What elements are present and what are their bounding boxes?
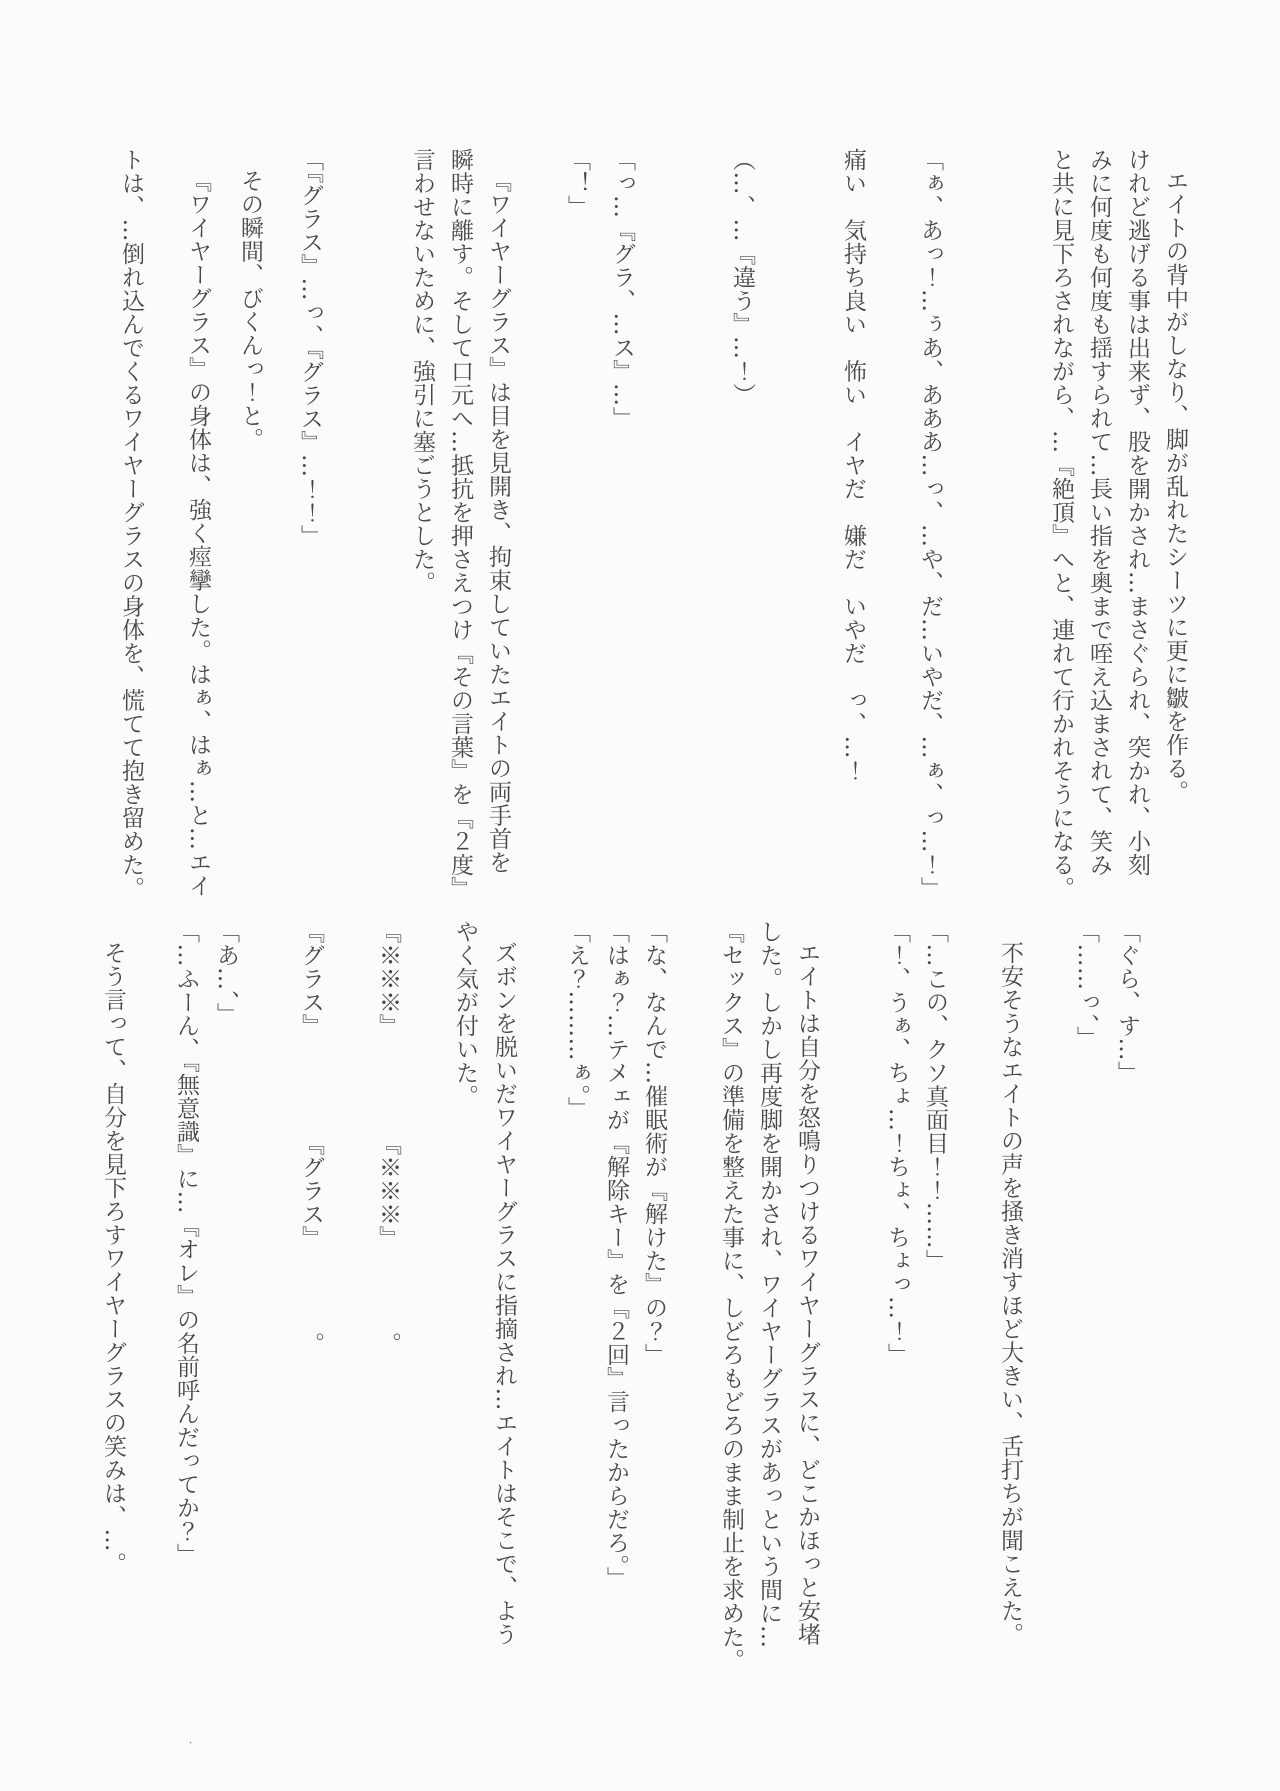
dialogue-column: 「……っ、」 [1067, 920, 1105, 1695]
dialogue-column: 「な、なんで…催眠術が『解けた』の？」 [635, 920, 673, 1695]
dialogue-column: 「はぁ？…テメェが『解除キー』を『２回』言ったからだろ。」 [597, 920, 635, 1695]
narration-column: エイトの背中がしなり、脚が乱れたシーツに更に皺を作る。 [1156, 148, 1194, 944]
scan-artifact-dot: ・ [186, 1736, 195, 1749]
text-band-bottom: 「ぐら、す…」 「……っ、」 不安そうなエイトの声を掻き消すほど大きい、舌打ちが… [94, 920, 1146, 1695]
dialogue-column: 「っ…『グラ、…ス』…」 [603, 148, 641, 923]
dialogue-column: 「！、うぁ、ちょ…！ちょ、ちょっ…！」 [878, 920, 916, 1695]
narration-column: 『ワイヤーグラス』は目を見開き、拘束していたエイトの両手首を [479, 148, 517, 944]
chant-column: 『グラス』 『グラス』 。 [292, 920, 330, 1695]
narration-column: そう言って、自分を見下ろすワイヤーグラスの笑みは、…。 [94, 920, 132, 1716]
text-band-top: エイトの背中がしなり、脚が乱れたシーツに更に皺を作る。 けれど逃げる事は出来ず、… [112, 148, 1194, 923]
narration-column: けれど逃げる事は出来ず、股を開かされ…まさぐられ、突かれ、小刻 [1118, 148, 1156, 923]
dialogue-column: 「！」 [558, 148, 596, 923]
narration-column: やく気が付いた。 [446, 920, 484, 1695]
narration-column: みに何度も何度も揺すられて…長い指を奥まで咥え込まされて、笑み [1080, 148, 1118, 923]
narration-column: 瞬時に離す。そして口元へ…抵抗を押さえつけ『その言葉』を『２度』 [441, 148, 479, 923]
narration-column: 『ワイヤーグラス』の身体は、強く痙攣した。はぁ、はぁ…と…エイ [179, 148, 217, 944]
dialogue-column: 「ぐら、す…」 [1108, 920, 1146, 1695]
narration-column: その瞬間、びくんっ！と。 [231, 148, 269, 944]
narration-column: 『セックス』の準備を整えた事に、しどろもどろのまま制止を求めた。 [712, 920, 750, 1695]
narration-column: 言わせないために、強引に塞ごうとした。 [403, 148, 441, 923]
narration-column: トは、…倒れ込んでくるワイヤーグラスの身体を、慌てて抱き留めた。 [112, 148, 150, 923]
narration-column: エイトは自分を怒鳴りつけるワイヤーグラスに、どこかほっと安堵 [788, 920, 826, 1716]
novel-page: エイトの背中がしなり、脚が乱れたシーツに更に皺を作る。 けれど逃げる事は出来ず、… [0, 0, 1280, 1791]
narration-column: と共に見下ろされながら、…『絶頂』へと、連れて行かれそうになる。 [1042, 148, 1080, 923]
dialogue-column: 「…ふーん、『無意識』に…『オレ』の名前呼んだってか？」 [167, 920, 205, 1695]
dialogue-column: 「え？………ぁ。」 [558, 920, 596, 1695]
narration-column: した。しかし再度脚を開かされ、ワイヤーグラスがあっという間に… [750, 920, 788, 1695]
dialogue-column: 「あ…、」 [207, 920, 245, 1695]
narration-column: ズボンを脱いだワイヤーグラスに指摘され…エイトはそこで、よう [485, 920, 523, 1716]
narration-column: 不安そうなエイトの声を掻き消すほど大きい、舌打ちが聞こえた。 [991, 920, 1029, 1716]
thought-column: （…、…『違う』…！） [723, 148, 761, 923]
dialogue-column: 「『グラス』…っ、『グラス』…！！」 [291, 148, 329, 923]
dialogue-column: 「…この、クソ真面目！！……」 [916, 920, 954, 1695]
thought-column: 痛い 気持ち良い 怖い イヤだ 嫌だ いやだ っ、…！ [834, 148, 872, 923]
chant-column: 『※※※』 『※※※』 。 [369, 920, 407, 1695]
dialogue-column: 「ぁ、あっ！…ぅあ、あああ…っ、…や、だ…いやだ、…ぁ、っ…！」 [911, 148, 949, 923]
